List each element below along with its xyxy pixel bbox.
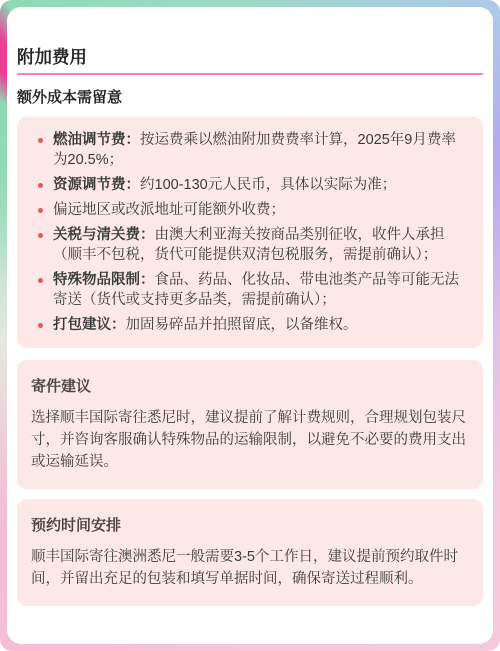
- advice-body: 选择顺丰国际寄往悉尼时，建议提前了解计费规则，合理规划包装尺寸，并咨询客服确认特…: [31, 407, 469, 473]
- bullet-icon: [38, 208, 43, 213]
- extra-cost-box: 燃油调节费：按运费乘以燃油附加费费率计算，2025年9月费率为20.5%； 资源…: [17, 117, 483, 348]
- fee-item: 偏远地区或改派地址可能额外收费；: [31, 200, 469, 220]
- content-card: 附加费用 额外成本需留意 燃油调节费：按运费乘以燃油附加费费率计算，2025年9…: [7, 7, 493, 644]
- fee-item: 资源调节费：约100-130元人民币，具体以实际为准；: [31, 175, 469, 195]
- bullet-icon: [38, 323, 43, 328]
- fee-term: 打包建议：: [53, 317, 126, 333]
- section-subtitle: 额外成本需留意: [17, 87, 483, 108]
- screenshot-viewport: 附加费用 额外成本需留意 燃油调节费：按运费乘以燃油附加费费率计算，2025年9…: [0, 0, 500, 651]
- fee-desc: 约100-130元人民币，具体以实际为准；: [140, 177, 396, 193]
- fee-term: 特殊物品限制：: [53, 272, 155, 288]
- fee-term: 资源调节费：: [53, 177, 140, 193]
- advice-box: 寄件建议 选择顺丰国际寄往悉尼时，建议提前了解计费规则，合理规划包装尺寸，并咨询…: [17, 360, 483, 489]
- fee-item: 打包建议：加固易碎品并拍照留底，以备维权。: [31, 315, 469, 335]
- fee-item: 特殊物品限制：食品、药品、化妆品、带电池类产品等可能无法寄送（货代或支持更多品类…: [31, 270, 469, 310]
- schedule-heading: 预约时间安排: [31, 515, 469, 536]
- schedule-box: 预约时间安排 顺丰国际寄往澳洲悉尼一般需要3-5个工作日，建议提前预约取件时间，…: [17, 499, 483, 606]
- fee-term: 燃油调节费：: [53, 132, 140, 148]
- page-title: 附加费用: [17, 47, 483, 67]
- fee-list: 燃油调节费：按运费乘以燃油附加费费率计算，2025年9月费率为20.5%； 资源…: [31, 130, 469, 335]
- advice-heading: 寄件建议: [31, 376, 469, 397]
- fee-term: 关税与清关费：: [53, 227, 155, 243]
- fee-item: 燃油调节费：按运费乘以燃油附加费费率计算，2025年9月费率为20.5%；: [31, 130, 469, 170]
- bullet-icon: [38, 278, 43, 283]
- fee-desc: 加固易碎品并拍照留底，以备维权。: [126, 317, 358, 333]
- bullet-icon: [38, 183, 43, 188]
- bullet-icon: [38, 138, 43, 143]
- bullet-icon: [38, 233, 43, 238]
- fee-item: 关税与清关费：由澳大利亚海关按商品类别征收，收件人承担（顺丰不包税，货代可能提供…: [31, 225, 469, 265]
- schedule-body: 顺丰国际寄往澳洲悉尼一般需要3-5个工作日，建议提前预约取件时间，并留出充足的包…: [31, 546, 469, 590]
- title-underline: [17, 73, 483, 75]
- fee-desc: 偏远地区或改派地址可能额外收费；: [53, 202, 285, 218]
